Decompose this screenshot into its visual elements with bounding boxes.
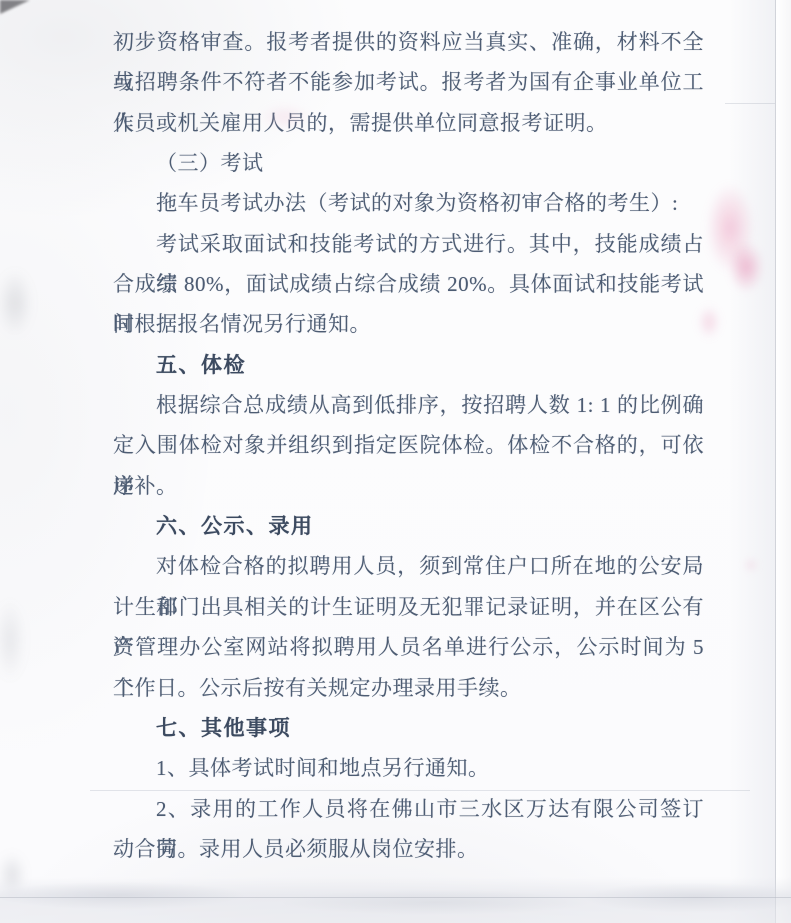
document-text-block: 初步资格审查。报考者提供的资料应当真实、准确，材料不全或 与招聘条件不符者不能参…	[113, 22, 704, 869]
doc-line: 计生部门出具相关的计生证明及无犯罪记录证明，并在区公有资	[113, 587, 704, 627]
doc-line: 1、具体考试时间和地点另行通知。	[113, 748, 704, 788]
doc-line: 考试采取面试和技能考试的方式进行。其中，技能成绩占综	[113, 224, 704, 264]
doc-line: 定入围体检对象并组织到指定医院体检。体检不合格的，可依序	[113, 425, 704, 465]
doc-line: 根据综合总成绩从高到低排序，按招聘人数 1: 1 的比例确	[113, 385, 704, 425]
doc-line: 合成绩 80%，面试成绩占综合成绩 20%。具体面试和技能考试时	[113, 264, 704, 304]
doc-line: 拖车员考试办法（考试的对象为资格初审合格的考生）:	[113, 183, 704, 223]
doc-line: 人员或机关雇用人员的，需提供单位同意报考证明。	[113, 103, 704, 143]
doc-line: 2、录用的工作人员将在佛山市三水区万达有限公司签订劳	[113, 789, 704, 829]
pink-ink-smudge	[742, 556, 760, 574]
doc-line: 工作日。公示后按有关规定办理录用手续。	[113, 668, 704, 708]
scan-streak-line	[90, 790, 750, 791]
sub-heading: （三）考试	[113, 143, 704, 183]
doc-line: 初步资格审查。报考者提供的资料应当真实、准确，材料不全或	[113, 22, 704, 62]
doc-line: 递补。	[113, 466, 704, 506]
section-heading: 六、公示、录用	[113, 506, 704, 546]
scan-corner-fold	[0, 0, 30, 14]
doc-line: 与招聘条件不符者不能参加考试。报考者为国有企事业单位工作	[113, 62, 704, 102]
doc-line: 动合同。录用人员必须服从岗位安排。	[113, 829, 704, 869]
scan-right-edge	[775, 0, 791, 923]
scan-right-shading	[729, 0, 775, 923]
pink-ink-smudge	[722, 232, 770, 302]
doc-line: 对体检合格的拟聘用人员，须到常住户口所在地的公安局和	[113, 546, 704, 586]
pink-ink-smudge	[250, 100, 320, 134]
scan-bottom-shadow	[0, 877, 791, 923]
section-heading: 五、体检	[113, 345, 704, 385]
scan-bottom-edge-line	[0, 897, 791, 898]
scan-shade-boundary	[725, 103, 775, 104]
pink-ink-smudge	[694, 300, 724, 344]
doc-line: 间根据报名情况另行通知。	[113, 304, 704, 344]
scan-left-smudge	[0, 585, 30, 695]
scan-left-smudge	[0, 258, 38, 348]
scanned-document-page: 初步资格审查。报考者提供的资料应当真实、准确，材料不全或 与招聘条件不符者不能参…	[0, 0, 791, 923]
doc-line: 产管理办公室网站将拟聘用人员名单进行公示，公示时间为 5 个	[113, 627, 704, 667]
section-heading: 七、其他事项	[113, 708, 704, 748]
